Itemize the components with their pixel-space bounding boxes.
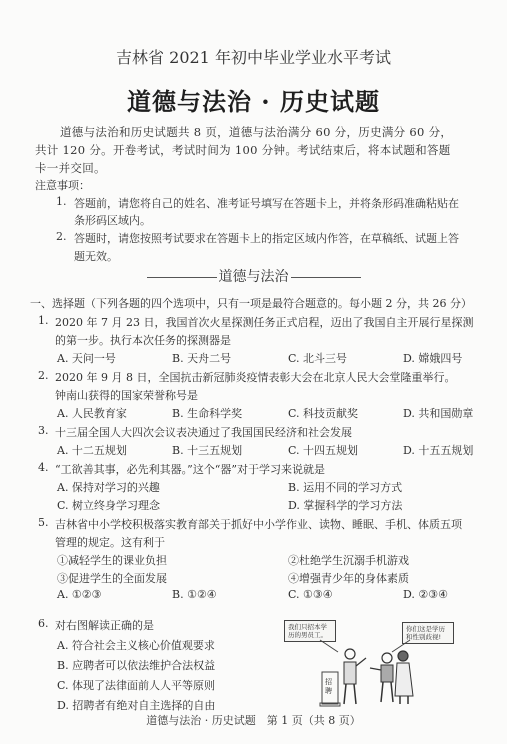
option-d: D. 掌握科学的学习方法 (288, 497, 402, 513)
question-number: 4. (38, 461, 49, 474)
intro-line: 卡一并交回。 (35, 160, 106, 176)
option-a: A. 十二五规划 (57, 442, 127, 458)
intro-line: 共计 120 分。开卷考试，考试时间为 100 分钟。考试结束后，将本试题和答题 (35, 142, 451, 158)
question-number: 2. (38, 369, 49, 382)
statement-4: ④增强青少年的身体素质 (288, 570, 409, 586)
statement-3: ③促进学生的全面发展 (57, 570, 167, 586)
question-number: 5. (38, 516, 49, 529)
notice-item-num: 2. (56, 230, 67, 243)
option-b: B. 十三五规划 (172, 442, 242, 458)
option-c: C. 科技贡献奖 (288, 405, 358, 421)
option-a: A. 人民教育家 (57, 405, 127, 421)
option-d: D. 共和国勋章 (403, 405, 473, 421)
option-b: B. 运用不同的学习方式 (288, 479, 402, 495)
option-c: C. 十四五规划 (288, 442, 358, 458)
statement-1: ①减轻学生的课业负担 (57, 552, 167, 568)
notice-item-text: 答题前，请您将自己的姓名、准考证号填写在答题卡上，并将条形码准确粘贴在 (74, 195, 459, 211)
question-stem: “工欲善其事，必先利其器。”这个“器”对于学习来说就是 (55, 461, 325, 477)
option-b: B. ①②④ (172, 588, 217, 601)
question-stem: 的第一步。执行本次任务的探测器是 (55, 332, 231, 348)
option-b: B. 天舟二号 (172, 350, 231, 366)
option-d: D. ②③④ (403, 588, 448, 601)
paper-title: 道德与法治 · 历史试题 (0, 82, 507, 117)
question-number: 6. (38, 617, 49, 630)
notice-item-text: 条形码区域内。 (74, 212, 151, 228)
notice-item-text: 题无效。 (74, 248, 118, 264)
option-a: A. 符合社会主义核心价值观要求 (57, 637, 215, 653)
section-title: 道德与法治 (219, 269, 289, 285)
intro-line: 道德与法治和历史试题共 8 页，道德与法治满分 60 分，历史满分 60 分， (60, 124, 452, 140)
cartoon-figures-icon (280, 616, 460, 708)
question-stem: 十三届全国人大四次会议表决通过了我国国民经济和社会发展 (55, 424, 352, 440)
notice-heading: 注意事项： (35, 177, 90, 193)
exam-title: 吉林省 2021 年初中毕业学业水平考试 (0, 45, 507, 68)
option-d: D. 嫦娥四号 (403, 350, 462, 366)
question-stem: 2020 年 7 月 23 日，我国首次火星探测任务正式启程，迈出了我国自主开展… (55, 314, 473, 330)
section-divider: 道德与法治 (0, 266, 507, 286)
divider-line-left (147, 277, 217, 278)
divider-line-right (291, 277, 361, 278)
page-footer: 道德与法治 · 历史试题 第 1 页（共 8 页） (0, 712, 507, 728)
recruitment-sign: 招聘 (325, 678, 335, 696)
statement-2: ②杜绝学生沉溺手机游戏 (288, 552, 409, 568)
question-stem: 钟南山获得的国家荣誉称号是 (55, 387, 198, 403)
question-number: 1. (38, 314, 49, 327)
option-a: A. ①②③ (57, 588, 102, 601)
option-b: B. 应聘者可以依法维护合法权益 (57, 657, 215, 673)
cartoon-illustration: 我们只招本学历的男员工。 你们这是学历和性别歧视! (280, 616, 460, 708)
option-c: C. ①③④ (288, 588, 333, 601)
notice-item-num: 1. (56, 195, 67, 208)
option-c: C. 树立终身学习理念 (57, 497, 160, 513)
question-number: 3. (38, 424, 49, 437)
question-stem: 吉林省中小学校积极落实教育部关于抓好中小学作业、读物、睡眠、手机、体质五项 (55, 516, 462, 532)
option-d: D. 招聘者有绝对自主选择的自由 (57, 697, 215, 713)
option-a: A. 天问一号 (57, 350, 116, 366)
part-heading: 一、选择题（下列各题的四个选项中，只有一项是最符合题意的。每小题 2 分，共 2… (30, 295, 472, 311)
option-a: A. 保持对学习的兴趣 (57, 479, 160, 495)
option-d: D. 十五五规划 (403, 442, 473, 458)
option-c: C. 体现了法律面前人人平等原则 (57, 677, 215, 693)
question-stem: 2020 年 9 月 8 日，全国抗击新冠肺炎疫情表彰大会在北京人民大会堂隆重举… (55, 369, 455, 385)
notice-item-text: 答题时，请您按照考试要求在答题卡上的指定区域内作答，在草稿纸、试题上答 (74, 230, 459, 246)
question-stem: 管理的规定。这有利于 (55, 534, 165, 550)
question-stem: 对右图解读正确的是 (55, 617, 154, 633)
exam-page: 吉林省 2021 年初中毕业学业水平考试 道德与法治 · 历史试题 道德与法治和… (0, 0, 507, 744)
option-c: C. 北斗三号 (288, 350, 347, 366)
option-b: B. 生命科学奖 (172, 405, 242, 421)
